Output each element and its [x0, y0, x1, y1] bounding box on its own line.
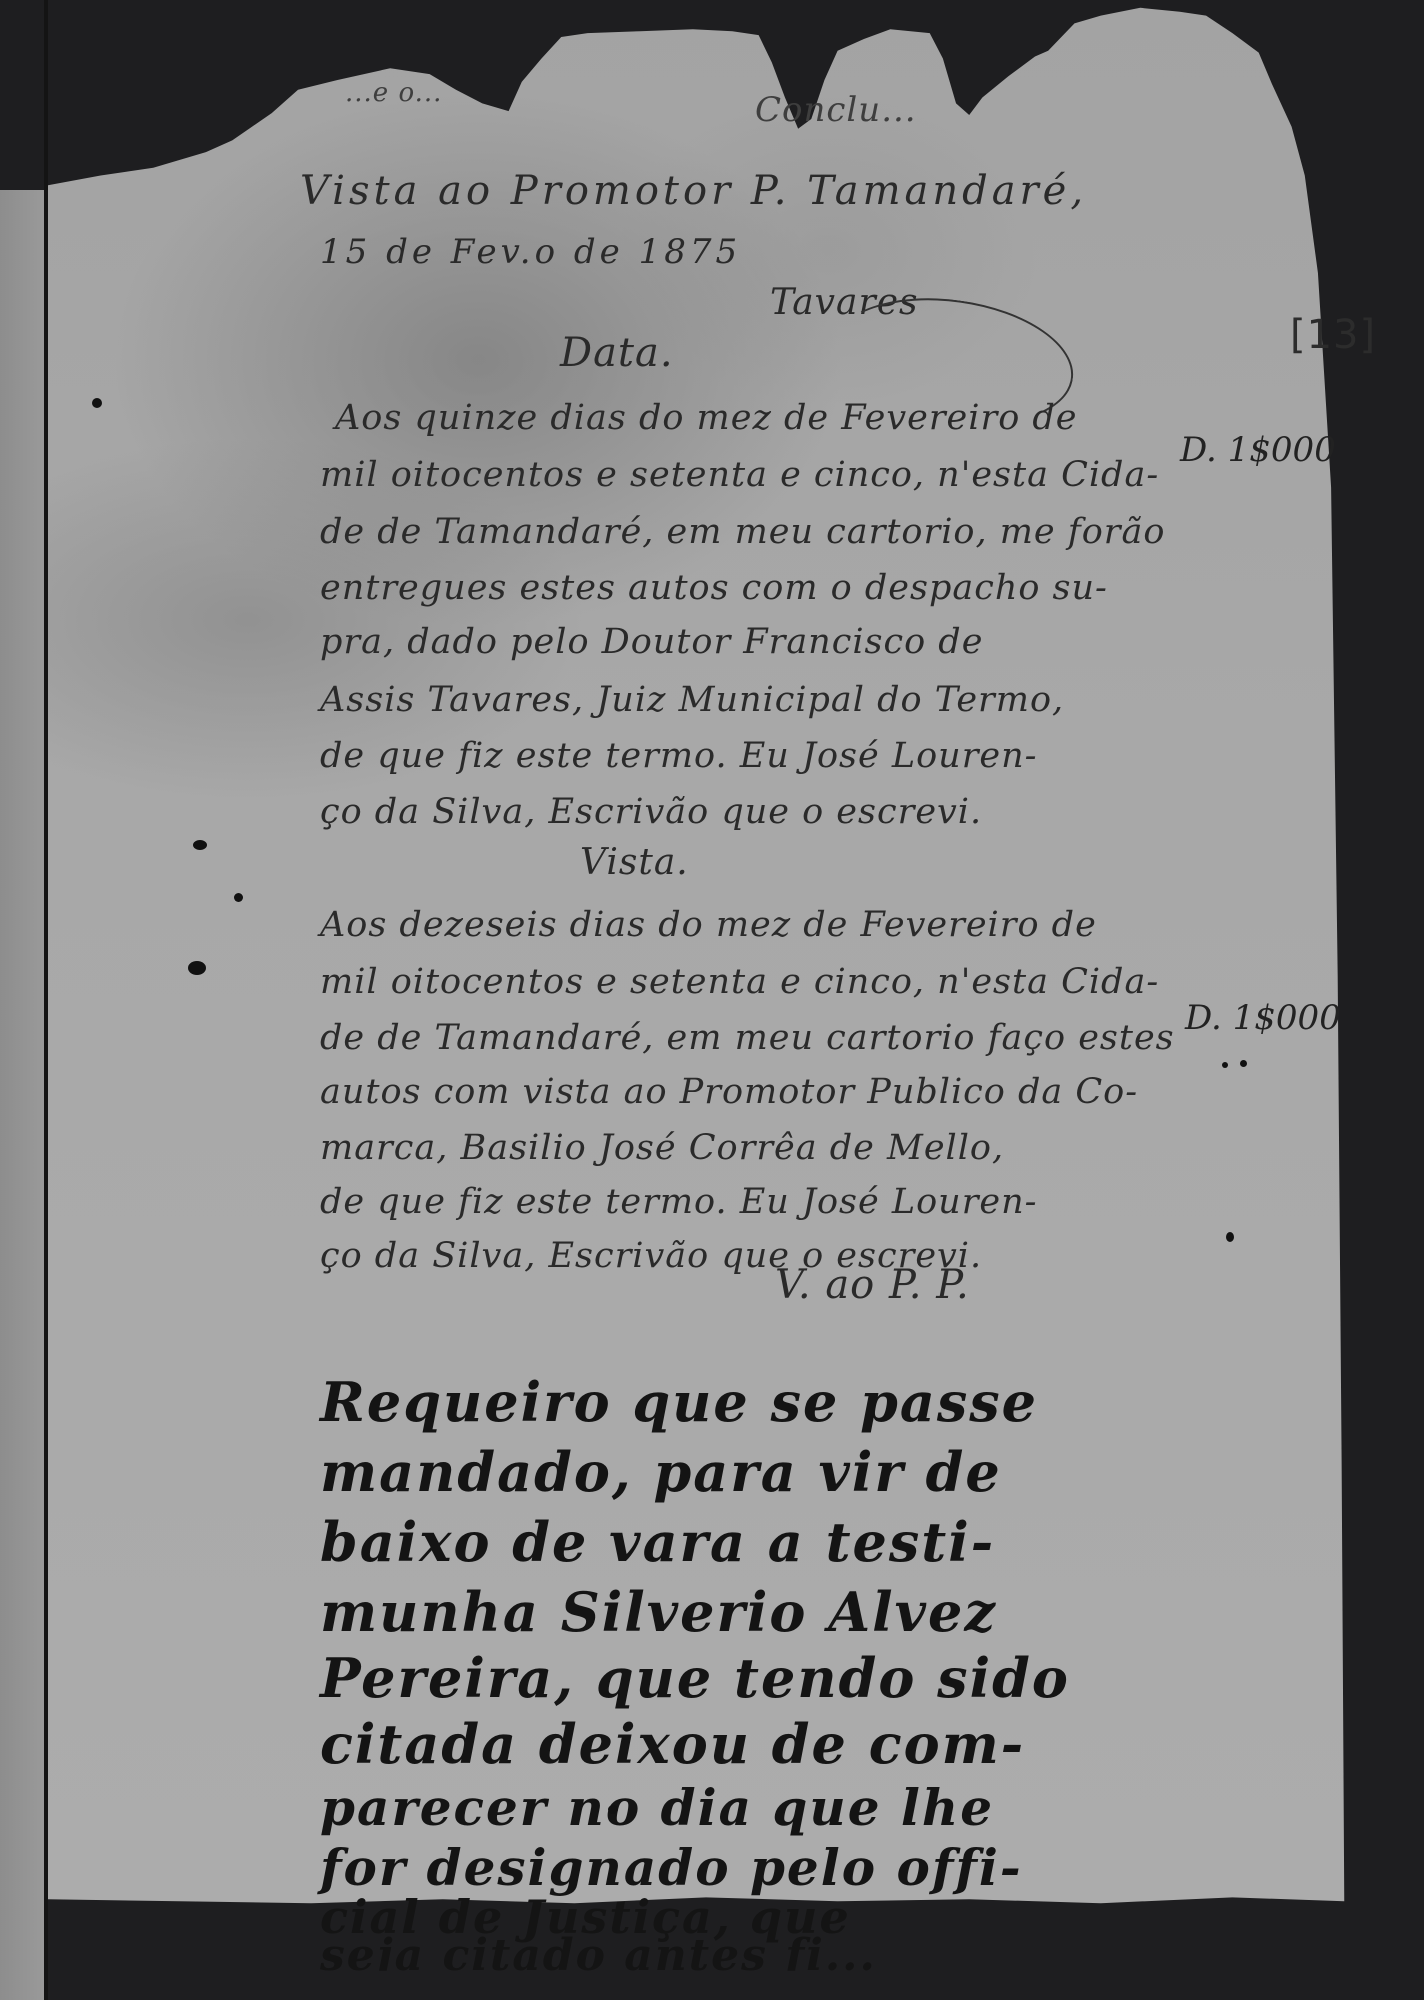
ink-blot — [92, 398, 102, 408]
vista-closing: V. ao P. P. — [775, 1262, 970, 1308]
header-line-date: 15 de Fev.o de 1875 — [320, 232, 741, 272]
vista-line: de que fiz este termo. Eu José Louren- — [320, 1182, 1038, 1222]
request-line: munha Silverio Alvez — [320, 1580, 997, 1644]
margin-fee-note: D. 1$000 — [1180, 430, 1336, 470]
ink-blot — [1222, 1062, 1228, 1068]
data-line: entregues estes autos com o despacho su- — [320, 568, 1108, 608]
binding-gutter — [44, 0, 48, 2000]
ink-blot — [188, 961, 206, 975]
section-heading-data: Data. — [560, 330, 674, 376]
header-line-vista: Vista ao Promotor P. Tamandaré, — [300, 168, 1087, 214]
data-line: de que fiz este termo. Eu José Louren- — [320, 736, 1038, 776]
request-line: seja citado antes fi... — [320, 1930, 877, 1981]
ink-blot — [608, 1805, 618, 1814]
vista-line: de de Tamandaré, em meu cartorio faço es… — [320, 1018, 1175, 1058]
request-line: Pereira, que tendo sido — [320, 1646, 1070, 1710]
request-line: parecer no dia que lhe — [320, 1778, 994, 1837]
request-line: baixo de vara a testi- — [320, 1510, 995, 1574]
ink-blot — [234, 893, 243, 902]
data-line: mil oitocentos e setenta e cinco, n'esta… — [320, 455, 1159, 495]
adjacent-page-edge — [0, 190, 46, 2000]
ink-blot — [1240, 1060, 1247, 1067]
data-line: Assis Tavares, Juiz Municipal do Termo, — [320, 680, 1064, 720]
section-heading-vista: Vista. — [580, 842, 689, 883]
data-line: ço da Silva, Escrivão que o escrevi. — [320, 792, 982, 832]
request-line: mandado, para vir de — [320, 1440, 1002, 1504]
data-line: pra, dado pelo Doutor Francisco de — [320, 622, 983, 662]
request-line: citada deixou de com- — [320, 1712, 1025, 1776]
ink-blot — [193, 840, 207, 850]
data-line: Aos quinze dias do mez de Fevereiro de — [335, 398, 1078, 438]
ink-blot — [1226, 1232, 1234, 1242]
folio-number: [13] — [1290, 312, 1376, 358]
scanned-manuscript-page: ...e o... Conclu... Vista ao Promotor P.… — [0, 0, 1424, 2000]
vista-line: marca, Basilio José Corrêa de Mello, — [320, 1128, 1004, 1168]
data-line: de de Tamandaré, em meu cartorio, me for… — [320, 512, 1165, 552]
margin-fee-note: D. 1$000 — [1185, 998, 1341, 1038]
vista-line: autos com vista ao Promotor Publico da C… — [320, 1072, 1138, 1112]
request-line: for designado pelo offi- — [320, 1838, 1023, 1897]
header-fragment-left: ...e o... — [345, 78, 442, 108]
header-fragment-center: Conclu... — [755, 90, 917, 130]
request-line: Requeiro que se passe — [320, 1370, 1038, 1434]
vista-line: Aos dezeseis dias do mez de Fevereiro de — [320, 905, 1097, 945]
vista-line: mil oitocentos e setenta e cinco, n'esta… — [320, 962, 1159, 1002]
